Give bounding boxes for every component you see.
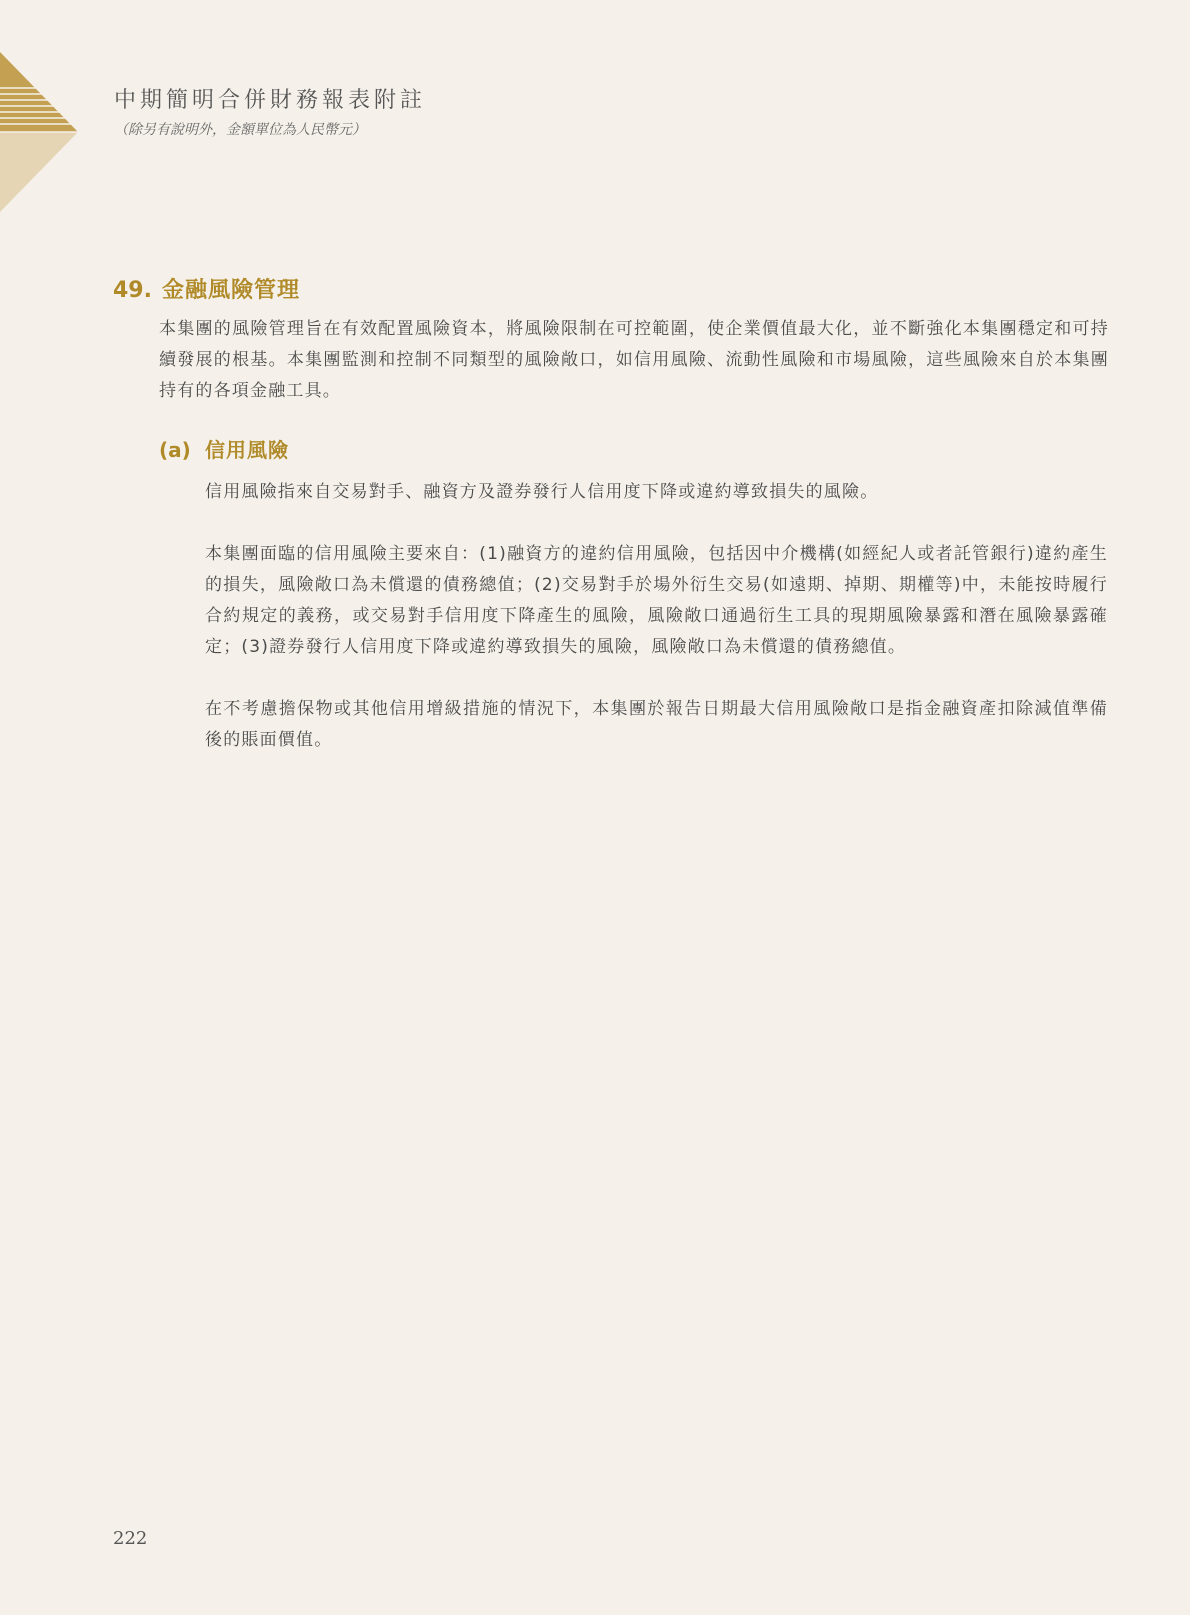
credit-risk-definition-paragraph: 信用風險指來自交易對手、融資方及證券發行人信用度下降或違約導致損失的風險。: [205, 477, 1108, 508]
section-number: 49.: [113, 276, 152, 306]
credit-risk-sources-paragraph: 本集團面臨的信用風險主要來自：(1)融資方的違約信用風險，包括因中介機構(如經紀…: [205, 539, 1108, 663]
section-intro-paragraph: 本集團的風險管理旨在有效配置風險資本，將風險限制在可控範圍，使企業價值最大化，並…: [159, 314, 1109, 407]
page-header: 中期簡明合併財務報表附註 （除另有說明外，金額單位為人民幣元）: [114, 86, 426, 140]
section-financial-risk-management: 49. 金融風險管理 本集團的風險管理旨在有效配置風險資本，將風險限制在可控範圍…: [113, 276, 1108, 756]
section-heading: 49. 金融風險管理: [113, 276, 1108, 306]
subsection-title: 信用風險: [205, 435, 289, 465]
subsection-label: (a): [159, 435, 205, 465]
subsection-heading-credit-risk: (a) 信用風險: [159, 435, 1108, 465]
section-title: 金融風險管理: [162, 276, 300, 306]
max-exposure-paragraph: 在不考慮擔保物或其他信用增級措施的情況下，本集團於報告日期最大信用風險敞口是指金…: [205, 694, 1108, 756]
header-subtitle: （除另有說明外，金額單位為人民幣元）: [114, 120, 426, 140]
page-number: 222: [113, 1528, 147, 1549]
header-title: 中期簡明合併財務報表附註: [114, 86, 426, 116]
corner-decoration-icon: [0, 48, 80, 216]
